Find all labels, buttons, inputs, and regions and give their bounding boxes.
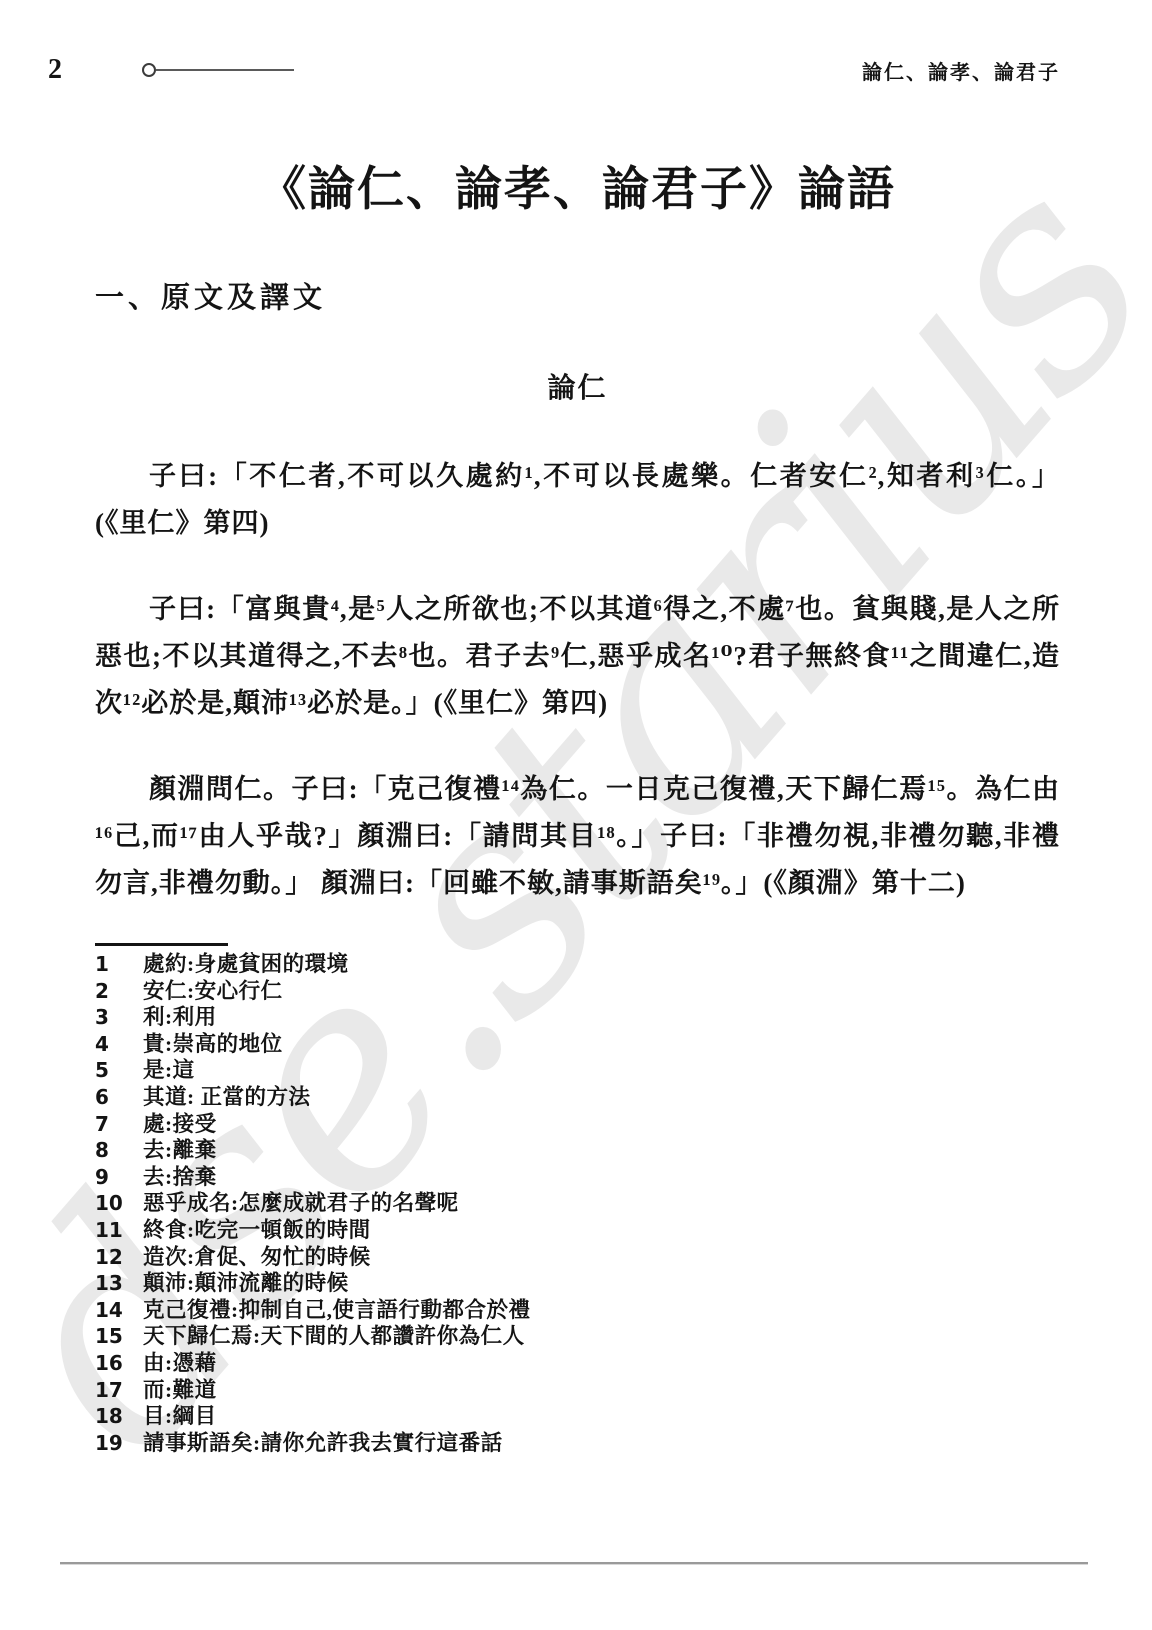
footnote-number: 16 bbox=[95, 1350, 143, 1377]
footnote-item: 6其道: 正當的方法 bbox=[95, 1084, 1060, 1111]
footnote-item: 9去:捨棄 bbox=[95, 1164, 1060, 1191]
page-header: 2 論仁、論孝、論君子 bbox=[48, 52, 1060, 88]
passage-paragraph: 子曰:「不仁者,不可以久處約¹,不可以長處樂。仁者安仁²,知者利³仁。」(《里仁… bbox=[95, 453, 1060, 547]
decoration-line bbox=[156, 69, 294, 71]
footnote-text: 請事斯語矣:請你允許我去實行這番話 bbox=[143, 1430, 503, 1457]
passage-body: 子曰:「不仁者,不可以久處約¹,不可以長處樂。仁者安仁²,知者利³仁。」(《里仁… bbox=[95, 453, 1060, 907]
footnote-item: 15天下歸仁焉:天下間的人都讚許你為仁人 bbox=[95, 1323, 1060, 1350]
footnote-item: 11終食:吃完一頓飯的時間 bbox=[95, 1217, 1060, 1244]
footnote-item: 10惡乎成名:怎麼成就君子的名聲呢 bbox=[95, 1190, 1060, 1217]
footnote-text: 處約:身處貧困的環境 bbox=[143, 951, 349, 978]
footnote-text: 造次:倉促、匆忙的時候 bbox=[143, 1244, 371, 1271]
footnote-item: 1處約:身處貧困的環境 bbox=[95, 951, 1060, 978]
footnote-text: 目:綱目 bbox=[143, 1403, 217, 1430]
passage-heading: 論仁 bbox=[95, 366, 1060, 406]
running-header: 論仁、論孝、論君子 bbox=[862, 56, 1060, 85]
footnote-item: 19請事斯語矣:請你允許我去實行這番話 bbox=[95, 1430, 1060, 1457]
footnote-item: 17而:難道 bbox=[95, 1377, 1060, 1404]
footnote-number: 15 bbox=[95, 1323, 143, 1350]
footnote-item: 2安仁:安心行仁 bbox=[95, 978, 1060, 1005]
footnote-text: 安仁:安心行仁 bbox=[143, 978, 283, 1005]
footnote-item: 12造次:倉促、匆忙的時候 bbox=[95, 1244, 1060, 1271]
footnote-number: 2 bbox=[95, 978, 143, 1005]
footnote-text: 貴:崇高的地位 bbox=[143, 1031, 283, 1058]
footnote-item: 16由:憑藉 bbox=[95, 1350, 1060, 1377]
footnote-text: 利:利用 bbox=[143, 1004, 217, 1031]
footnote-text: 處:接受 bbox=[143, 1111, 217, 1138]
footnote-text: 克己復禮:抑制自己,使言語行動都合於禮 bbox=[143, 1297, 531, 1324]
page-number: 2 bbox=[48, 52, 62, 88]
footnote-number: 9 bbox=[95, 1164, 143, 1191]
footnote-text: 其道: 正當的方法 bbox=[143, 1084, 311, 1111]
footnote-item: 14克己復禮:抑制自己,使言語行動都合於禮 bbox=[95, 1297, 1060, 1324]
footnote-text: 去:捨棄 bbox=[143, 1164, 217, 1191]
footnote-item: 4貴:崇高的地位 bbox=[95, 1031, 1060, 1058]
page-title: 《論仁、論孝、論君子》論語 bbox=[95, 152, 1060, 219]
footnote-text: 而:難道 bbox=[143, 1377, 217, 1404]
passage-paragraph: 子曰:「富與貴⁴,是⁵人之所欲也;不以其道⁶得之,不處⁷也。貧與賤,是人之所惡也… bbox=[95, 586, 1060, 727]
footnote-number: 13 bbox=[95, 1270, 143, 1297]
footnote-text: 惡乎成名:怎麼成就君子的名聲呢 bbox=[143, 1190, 459, 1217]
footnote-number: 6 bbox=[95, 1084, 143, 1111]
footnote-separator bbox=[95, 943, 228, 946]
footnote-number: 8 bbox=[95, 1137, 143, 1164]
footnote-text: 天下歸仁焉:天下間的人都讚許你為仁人 bbox=[143, 1323, 525, 1350]
footnote-number: 7 bbox=[95, 1111, 143, 1138]
footnote-text: 是:這 bbox=[143, 1057, 195, 1084]
footnote-number: 5 bbox=[95, 1057, 143, 1084]
document-page: dse.starius 2 論仁、論孝、論君子 《論仁、論孝、論君子》論語 一、… bbox=[0, 0, 1152, 1630]
footnote-item: 8去:離棄 bbox=[95, 1137, 1060, 1164]
footnote-text: 終食:吃完一頓飯的時間 bbox=[143, 1217, 371, 1244]
footnote-text: 去:離棄 bbox=[143, 1137, 217, 1164]
footnote-number: 14 bbox=[95, 1297, 143, 1324]
footnote-number: 19 bbox=[95, 1430, 143, 1457]
footnote-list: 1處約:身處貧困的環境 2安仁:安心行仁 3利:利用 4貴:崇高的地位 5是:這… bbox=[95, 951, 1060, 1456]
footnote-item: 3利:利用 bbox=[95, 1004, 1060, 1031]
footnote-number: 12 bbox=[95, 1244, 143, 1271]
footnote-number: 17 bbox=[95, 1377, 143, 1404]
header-decoration bbox=[142, 63, 294, 77]
footnote-item: 13顛沛:顛沛流離的時候 bbox=[95, 1270, 1060, 1297]
footnote-text: 由:憑藉 bbox=[143, 1350, 217, 1377]
footnote-number: 18 bbox=[95, 1403, 143, 1430]
footnote-text: 顛沛:顛沛流離的時候 bbox=[143, 1270, 349, 1297]
page-content: 2 論仁、論孝、論君子 《論仁、論孝、論君子》論語 一、原文及譯文 論仁 子曰:… bbox=[0, 0, 1152, 1456]
section-heading: 一、原文及譯文 bbox=[95, 275, 1060, 316]
circle-icon bbox=[142, 63, 156, 77]
footnote-number: 4 bbox=[95, 1031, 143, 1058]
footnote-number: 10 bbox=[95, 1190, 143, 1217]
footnote-item: 7處:接受 bbox=[95, 1111, 1060, 1138]
passage-paragraph: 顏淵問仁。子曰:「克己復禮¹⁴為仁。一日克己復禮,天下歸仁焉¹⁵。為仁由¹⁶己,… bbox=[95, 766, 1060, 907]
footnote-number: 3 bbox=[95, 1004, 143, 1031]
footnote-number: 1 bbox=[95, 951, 143, 978]
footnote-item: 5是:這 bbox=[95, 1057, 1060, 1084]
footnote-number: 11 bbox=[95, 1217, 143, 1244]
footer-rule bbox=[60, 1562, 1088, 1565]
footnote-item: 18目:綱目 bbox=[95, 1403, 1060, 1430]
